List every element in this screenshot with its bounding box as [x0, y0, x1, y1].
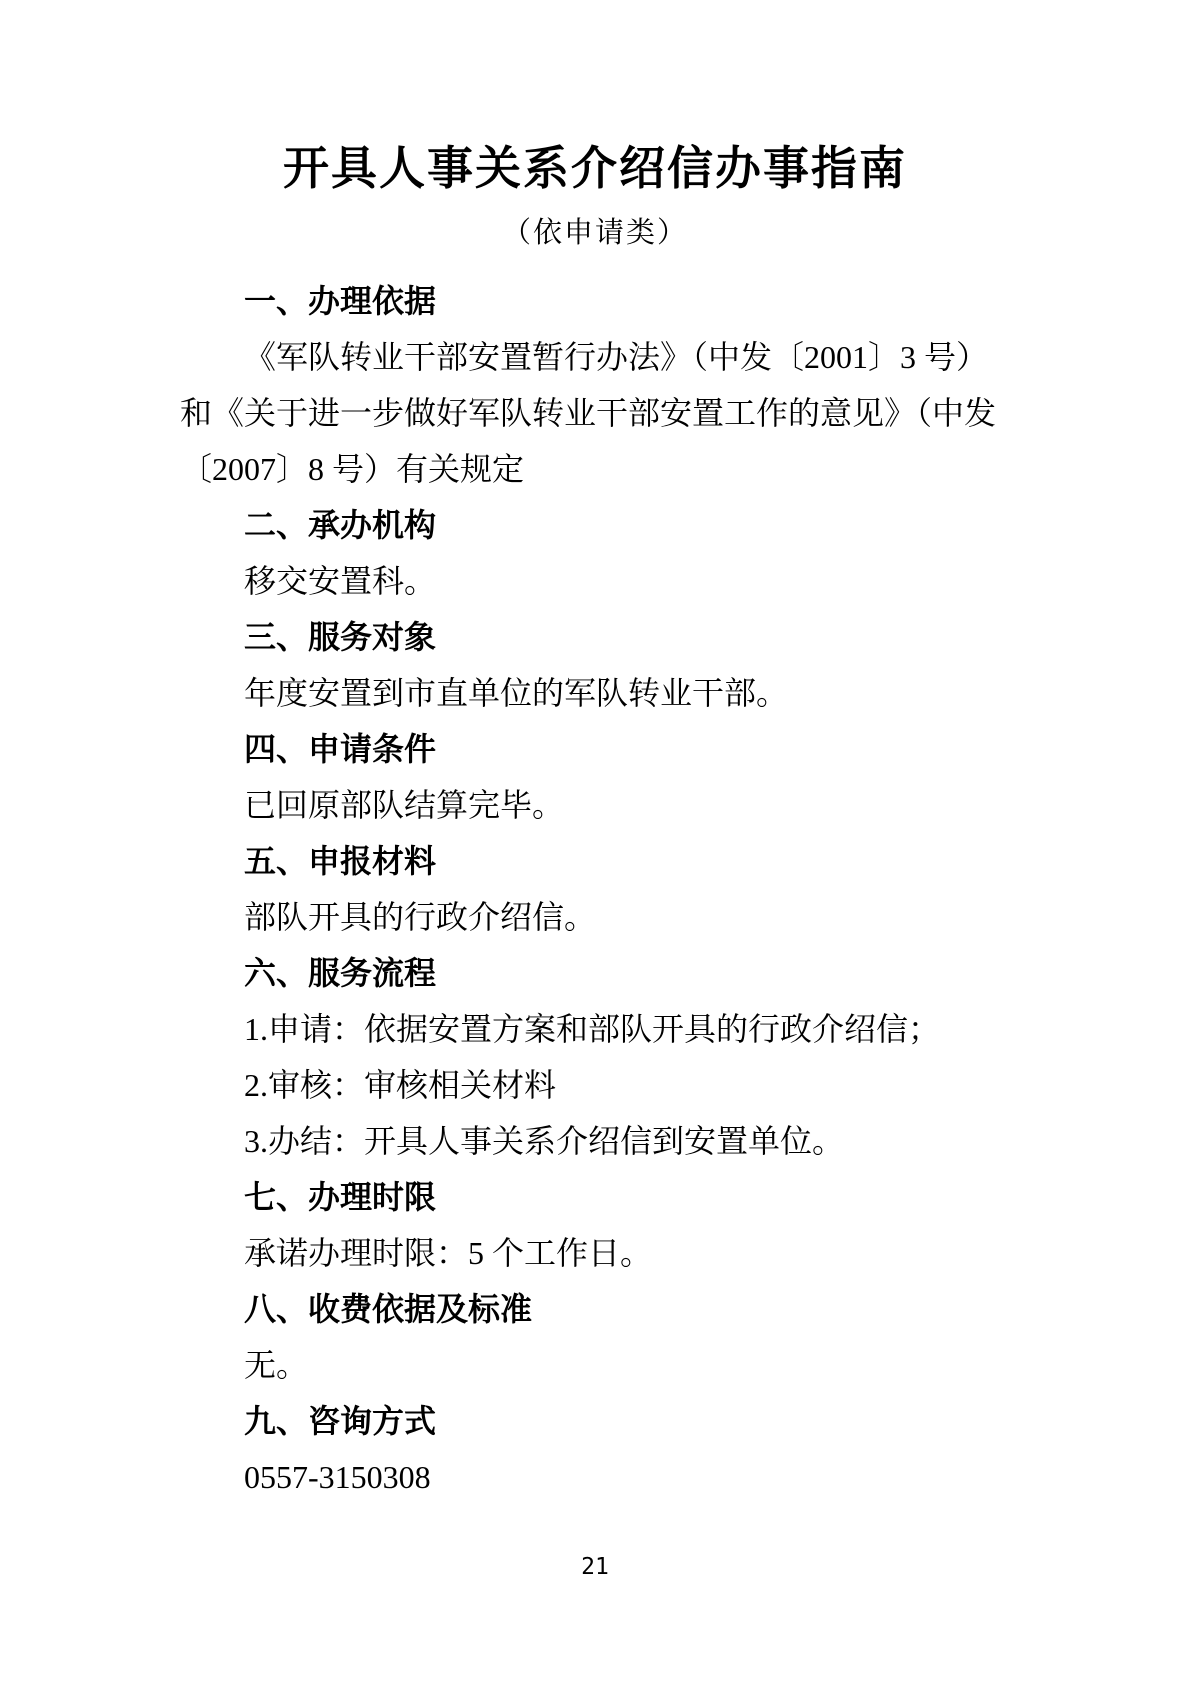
section-heading: 二、承办机构 — [180, 497, 1012, 553]
body-line: 1.申请：依据安置方案和部队开具的行政介绍信； — [180, 1001, 1012, 1057]
document-subtitle: （依申请类） — [0, 210, 1190, 256]
body-line: 无。 — [180, 1337, 1012, 1393]
section-heading: 七、办理时限 — [180, 1169, 1012, 1225]
document-body: 一、办理依据《军队转业干部安置暂行办法》（中发〔2001〕3 号）和《关于进一步… — [180, 273, 1012, 1505]
section-heading: 五、申报材料 — [180, 833, 1012, 889]
section-heading: 四、申请条件 — [180, 721, 1012, 777]
body-line: 〔2007〕8 号）有关规定 — [180, 441, 1012, 497]
body-line: 0557-3150308 — [180, 1449, 1012, 1505]
body-line: 和《关于进一步做好军队转业干部安置工作的意见》（中发 — [180, 385, 1012, 441]
document-title: 开具人事关系介绍信办事指南 — [0, 138, 1190, 200]
document-page: 开具人事关系介绍信办事指南 （依申请类） 一、办理依据《军队转业干部安置暂行办法… — [0, 0, 1190, 1683]
body-line: 移交安置科。 — [180, 553, 1012, 609]
body-line: 承诺办理时限：5 个工作日。 — [180, 1225, 1012, 1281]
section-heading: 一、办理依据 — [180, 273, 1012, 329]
body-line: 3.办结：开具人事关系介绍信到安置单位。 — [180, 1113, 1012, 1169]
body-line: 2.审核：审核相关材料 — [180, 1057, 1012, 1113]
section-heading: 八、收费依据及标准 — [180, 1281, 1012, 1337]
page-number: 21 — [0, 1552, 1190, 1582]
body-line: 《军队转业干部安置暂行办法》（中发〔2001〕3 号） — [180, 329, 1012, 385]
section-heading: 六、服务流程 — [180, 945, 1012, 1001]
body-line: 部队开具的行政介绍信。 — [180, 889, 1012, 945]
body-line: 年度安置到市直单位的军队转业干部。 — [180, 665, 1012, 721]
section-heading: 三、服务对象 — [180, 609, 1012, 665]
body-line: 已回原部队结算完毕。 — [180, 777, 1012, 833]
section-heading: 九、咨询方式 — [180, 1393, 1012, 1449]
